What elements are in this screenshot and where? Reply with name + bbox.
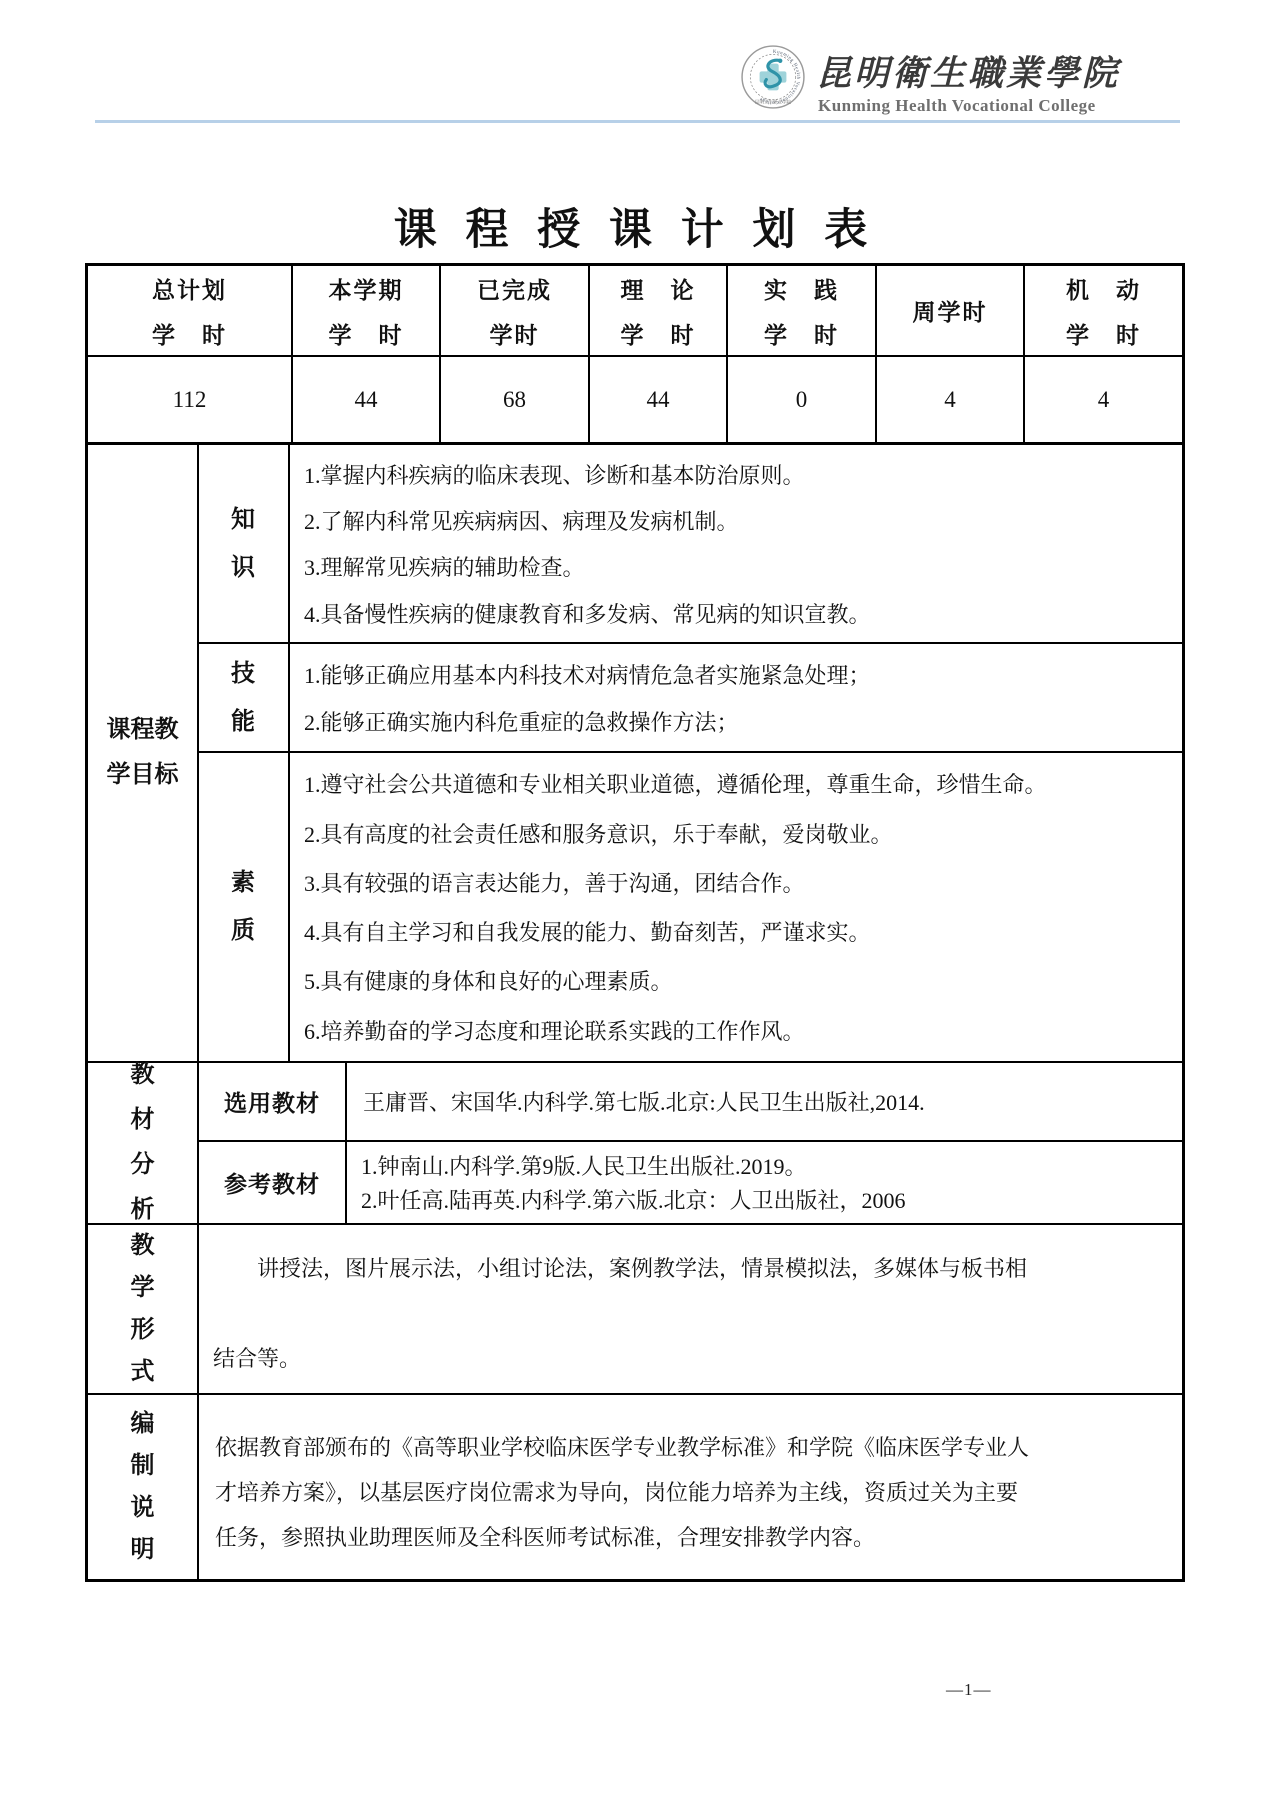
header-practice-hours: 实 践 学 时	[728, 266, 877, 355]
compilation-notes-content: 依据教育部颁布的《高等职业学校临床医学专业教学标准》和学院《临床医学专业人 才培…	[199, 1395, 1182, 1579]
header-semester-hours: 本学期 学 时	[293, 266, 441, 355]
hours-values-row: 112 44 68 44 0 4 4	[88, 357, 1182, 445]
page-title: 课 程 授 课 计 划 表	[85, 196, 1185, 257]
course-plan-table: 总计划 学 时 本学期 学 时 已完成 学时 理 论 学 时 实 践 学 时 周…	[85, 263, 1185, 1582]
compilation-notes-section: 编 制 说 明 依据教育部颁布的《高等职业学校临床医学专业教学标准》和学院《临床…	[88, 1395, 1182, 1579]
reference-textbook-label: 参考教材	[199, 1142, 347, 1223]
knowledge-item: 3.理解常见疾病的辅助检查。	[304, 551, 1172, 582]
value-completed-hours: 68	[441, 357, 590, 442]
quality-item: 1.遵守社会公共道德和专业相关职业道德，遵循伦理，尊重生命，珍惜生命。	[304, 768, 1172, 799]
selected-textbook-label: 选用教材	[199, 1063, 347, 1140]
college-seal-icon: Kunming Health Vocational College 昆明卫生职业…	[740, 44, 806, 110]
knowledge-item: 4.具备慢性疾病的健康教育和多发病、常见病的知识宣教。	[304, 598, 1172, 629]
course-goals-section: 课程教 学目标 知 识 1.掌握内科疾病的临床表现、诊断和基本防治原则。 2.了…	[88, 445, 1182, 1063]
header-divider-line	[95, 120, 1180, 123]
compilation-notes-label: 编 制 说 明	[88, 1395, 199, 1579]
knowledge-label: 知 识	[199, 445, 290, 642]
value-weekly-hours: 4	[877, 357, 1025, 442]
reference-item: 2.叶任高.陆再英.内科学.第六版.北京：人卫出版社，2006	[361, 1184, 1172, 1215]
selected-textbook-row: 选用教材 王庸晋、宋国华.内科学.第七版.北京:人民卫生出版社,2014.	[199, 1063, 1182, 1142]
selected-textbook-content: 王庸晋、宋国华.内科学.第七版.北京:人民卫生出版社,2014.	[347, 1063, 1182, 1140]
textbook-analysis-section: 教 材 分 析 选用教材 王庸晋、宋国华.内科学.第七版.北京:人民卫生出版社,…	[88, 1063, 1182, 1225]
quality-item: 5.具有健康的身体和良好的心理素质。	[304, 965, 1172, 996]
seal-bottom-text: 昆明卫生职业学院	[755, 98, 792, 105]
quality-item: 4.具有自主学习和自我发展的能力、勤奋刻苦，严谨求实。	[304, 916, 1172, 947]
college-name-english: Kunming Health Vocational College	[818, 96, 1096, 116]
knowledge-items: 1.掌握内科疾病的临床表现、诊断和基本防治原则。 2.了解内科常见疾病病因、病理…	[290, 445, 1182, 642]
page-number: —1—	[946, 1680, 992, 1700]
hours-header-row: 总计划 学 时 本学期 学 时 已完成 学时 理 论 学 时 实 践 学 时 周…	[88, 266, 1182, 357]
reference-item: 1.钟南山.内科学.第9版.人民卫生出版社.2019。	[361, 1150, 1172, 1181]
skills-label: 技 能	[199, 644, 290, 751]
knowledge-item: 1.掌握内科疾病的临床表现、诊断和基本防治原则。	[304, 459, 1172, 490]
quality-label: 素 质	[199, 753, 290, 1061]
quality-goals-row: 素 质 1.遵守社会公共道德和专业相关职业道德，遵循伦理，尊重生命，珍惜生命。 …	[199, 753, 1182, 1061]
reference-textbook-items: 1.钟南山.内科学.第9版.人民卫生出版社.2019。 2.叶任高.陆再英.内科…	[347, 1142, 1182, 1223]
header-weekly-hours: 周学时	[877, 266, 1025, 355]
document-page: Kunming Health Vocational College 昆明卫生职业…	[0, 0, 1274, 1801]
header-flexible-hours: 机 动 学 时	[1025, 266, 1182, 355]
skills-item: 1.能够正确应用基本内科技术对病情危急者实施紧急处理；	[304, 659, 1172, 690]
course-goals-label: 课程教 学目标	[88, 445, 199, 1061]
value-semester-hours: 44	[293, 357, 441, 442]
textbook-analysis-label: 教 材 分 析	[88, 1063, 199, 1223]
quality-item: 6.培养勤奋的学习态度和理论联系实践的工作作风。	[304, 1015, 1172, 1046]
value-theory-hours: 44	[590, 357, 728, 442]
knowledge-goals-row: 知 识 1.掌握内科疾病的临床表现、诊断和基本防治原则。 2.了解内科常见疾病病…	[199, 445, 1182, 644]
header-completed-hours: 已完成 学时	[441, 266, 590, 355]
value-total-plan-hours: 112	[88, 357, 293, 442]
knowledge-item: 2.了解内科常见疾病病因、病理及发病机制。	[304, 505, 1172, 536]
quality-item: 2.具有高度的社会责任感和服务意识，乐于奉献，爱岗敬业。	[304, 818, 1172, 849]
skills-item: 2.能够正确实施内科危重症的急救操作方法；	[304, 706, 1172, 737]
header-total-plan-hours: 总计划 学 时	[88, 266, 293, 355]
skills-items: 1.能够正确应用基本内科技术对病情危急者实施紧急处理； 2.能够正确实施内科危重…	[290, 644, 1182, 751]
quality-items: 1.遵守社会公共道德和专业相关职业道德，遵循伦理，尊重生命，珍惜生命。 2.具有…	[290, 753, 1182, 1061]
college-name-calligraphy: 昆明衛生職業學院	[816, 46, 1120, 96]
teaching-method-label: 教 学 形 式	[88, 1225, 199, 1393]
value-practice-hours: 0	[728, 357, 877, 442]
reference-textbook-row: 参考教材 1.钟南山.内科学.第9版.人民卫生出版社.2019。 2.叶任高.陆…	[199, 1142, 1182, 1223]
skills-goals-row: 技 能 1.能够正确应用基本内科技术对病情危急者实施紧急处理； 2.能够正确实施…	[199, 644, 1182, 753]
value-flexible-hours: 4	[1025, 357, 1182, 442]
teaching-method-content: 讲授法，图片展示法，小组讨论法，案例教学法，情景模拟法，多媒体与板书相 结合等。	[199, 1225, 1182, 1393]
quality-item: 3.具有较强的语言表达能力，善于沟通，团结合作。	[304, 867, 1172, 898]
header-theory-hours: 理 论 学 时	[590, 266, 728, 355]
teaching-method-section: 教 学 形 式 讲授法，图片展示法，小组讨论法，案例教学法，情景模拟法，多媒体与…	[88, 1225, 1182, 1395]
